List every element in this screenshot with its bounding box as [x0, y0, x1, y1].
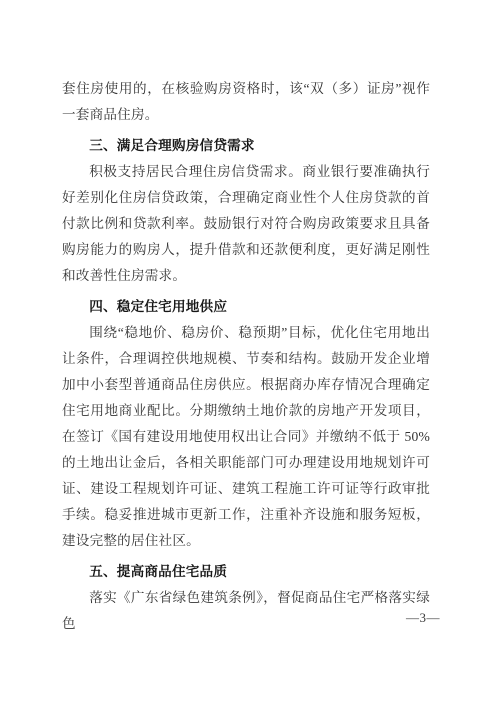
section-heading: 三、满足合理购房信贷需求 — [62, 133, 430, 159]
body-paragraph: 套住房使用的，在核验购房资格时，该“双（多）证房”视作一套商品住房。 — [62, 76, 430, 128]
document-page: 套住房使用的，在核验购房资格时，该“双（多）证房”视作一套商品住房。三、满足合理… — [0, 0, 500, 707]
page-number: —3— — [406, 605, 440, 631]
body-paragraph: 积极支持居民合理住房信贷需求。商业银行要准确执行好差别化住房信贷政策，合理确定商… — [62, 159, 430, 289]
section-heading: 五、提高商品住宅品质 — [62, 559, 430, 585]
section-heading: 四、稳定住宅用地供应 — [62, 294, 430, 320]
body-paragraph: 落实《广东省绿色建筑条例》，督促商品住宅严格落实绿色 — [62, 585, 430, 637]
body-paragraph: 围绕“稳地价、稳房价、稳预期”目标，优化住宅用地出让条件，合理调控供地规模、节奏… — [62, 320, 430, 554]
document-text-block: 套住房使用的，在核验购房资格时，该“双（多）证房”视作一套商品住房。三、满足合理… — [62, 76, 430, 637]
